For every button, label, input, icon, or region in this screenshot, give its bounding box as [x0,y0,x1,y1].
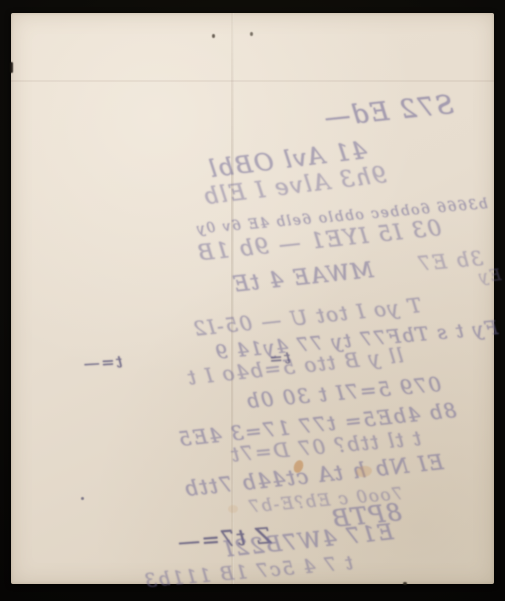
handwriting-line: MWAE 4 tE [230,258,374,298]
photo-of-letter-verso: S72 Ed—41 Avl OBbl9h3 Alve I Elbb3666 6o… [0,0,505,601]
edge-nick [10,62,13,73]
handwriting-line: 3b E7 [416,246,485,276]
ink-speck [403,582,407,585]
ink-speck [250,32,253,36]
ink-speck [81,497,84,500]
handwriting-line: t=— [82,352,123,373]
rust-stain [228,505,238,513]
handwriting-line: S72 Ed— [321,90,455,134]
handwriting-layer: S72 Ed—41 Avl OBbl9h3 Alve I Elbb3666 6o… [0,0,505,601]
handwriting-line: Ey [476,265,502,286]
handwriting-line: t= [267,348,291,369]
ink-speck [212,34,215,38]
